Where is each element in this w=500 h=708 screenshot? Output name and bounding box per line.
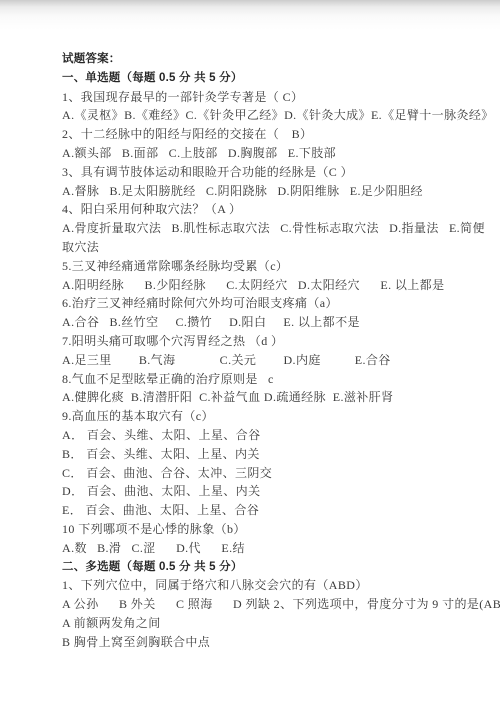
option-line: A.督脉 B.足太阳膀胱经 C.阴阳跷脉 D.阴阳维脉 E.足少阳胆经 bbox=[62, 182, 462, 201]
section-heading: 二、多选题（每题 0.5 分 共 5 分） bbox=[62, 558, 462, 577]
option-line: A.阳明经脉 B.少阳经脉 C.太阴经穴 D.太阳经穴 E. 以上都是 bbox=[62, 276, 462, 295]
question-line: 3、具有调节肢体运动和眼睑开合功能的经脉是（C ） bbox=[62, 163, 462, 182]
option-line: 取穴法 bbox=[62, 238, 462, 257]
option-line: A 前额两发角之间 bbox=[62, 614, 462, 633]
option-line: C． 百会、曲池、合谷、太冲、三阴交 bbox=[62, 464, 462, 483]
option-line: A． 百会、头维、太阳、上星、合谷 bbox=[62, 426, 462, 445]
section-heading: 试题答案： bbox=[62, 50, 462, 69]
option-line: A.数 B.滑 C.涩 D.代 E.结 bbox=[62, 539, 462, 558]
document-page: 试题答案：一、单选题（每题 0.5 分 共 5 分）1、我国现存最早的一部针灸学… bbox=[0, 0, 500, 708]
option-line: E． 百会、曲池、太阳、上星、合谷 bbox=[62, 501, 462, 520]
exam-text-block: 试题答案：一、单选题（每题 0.5 分 共 5 分）1、我国现存最早的一部针灸学… bbox=[62, 50, 462, 652]
question-line: 7.阳明头痛可取哪个穴泻胃经之热 （d ） bbox=[62, 332, 462, 351]
question-line: 10 下列哪项不是心悸的脉象（b） bbox=[62, 520, 462, 539]
option-line: A.足三里 B.气海 C.关元 D.内庭 E.合谷 bbox=[62, 351, 462, 370]
option-line: D． 百会、曲池、太阳、上星、内关 bbox=[62, 482, 462, 501]
question-line: 1、我国现存最早的一部针灸学专著是（ C） bbox=[62, 88, 462, 107]
question-line: 6.治疗三叉神经痛时除何穴外均可治眼支疼痛（a） bbox=[62, 294, 462, 313]
question-line: 4、阳白采用何种取穴法？（A ） bbox=[62, 200, 462, 219]
option-line: A.《灵枢》B.《难经》C.《针灸甲乙经》D.《针灸大成》E.《足臂十一脉灸经》 bbox=[62, 106, 462, 125]
option-line: A.健脾化痰 B.清潜肝阳 C.补益气血 D.疏通经脉 E.滋补肝肾 bbox=[62, 388, 462, 407]
option-line: B 胸骨上窝至剑胸联合中点 bbox=[62, 633, 462, 652]
option-line: B． 百会、头维、太阳、上星、内关 bbox=[62, 445, 462, 464]
option-line: A.额头部 B.面部 C.上肢部 D.胸腹部 E.下肢部 bbox=[62, 144, 462, 163]
question-line: 8.气血不足型眩晕正确的治疗原则是 c bbox=[62, 370, 462, 389]
question-line: 9.高血压的基本取穴有（c） bbox=[62, 407, 462, 426]
question-line: 1、下列穴位中，同属于络穴和八脉交会穴的有（ABD） bbox=[62, 576, 462, 595]
question-line: 2、十二经脉中的阳经与阳经的交接在（ B） bbox=[62, 125, 462, 144]
question-line: 5.三叉神经痛通常除哪条经脉均受累（c） bbox=[62, 257, 462, 276]
option-line: A.合谷 B.丝竹空 C.攒竹 D.阳白 E. 以上都不是 bbox=[62, 313, 462, 332]
option-line: A.骨度折量取穴法 B.肌性标志取穴法 C.骨性标志取穴法 D.指量法 E.简便 bbox=[62, 219, 462, 238]
option-line: A 公孙 B 外关 C 照海 D 列缺 2、下列选项中，骨度分寸为 9 寸的是(… bbox=[62, 595, 462, 614]
section-heading: 一、单选题（每题 0.5 分 共 5 分） bbox=[62, 69, 462, 88]
